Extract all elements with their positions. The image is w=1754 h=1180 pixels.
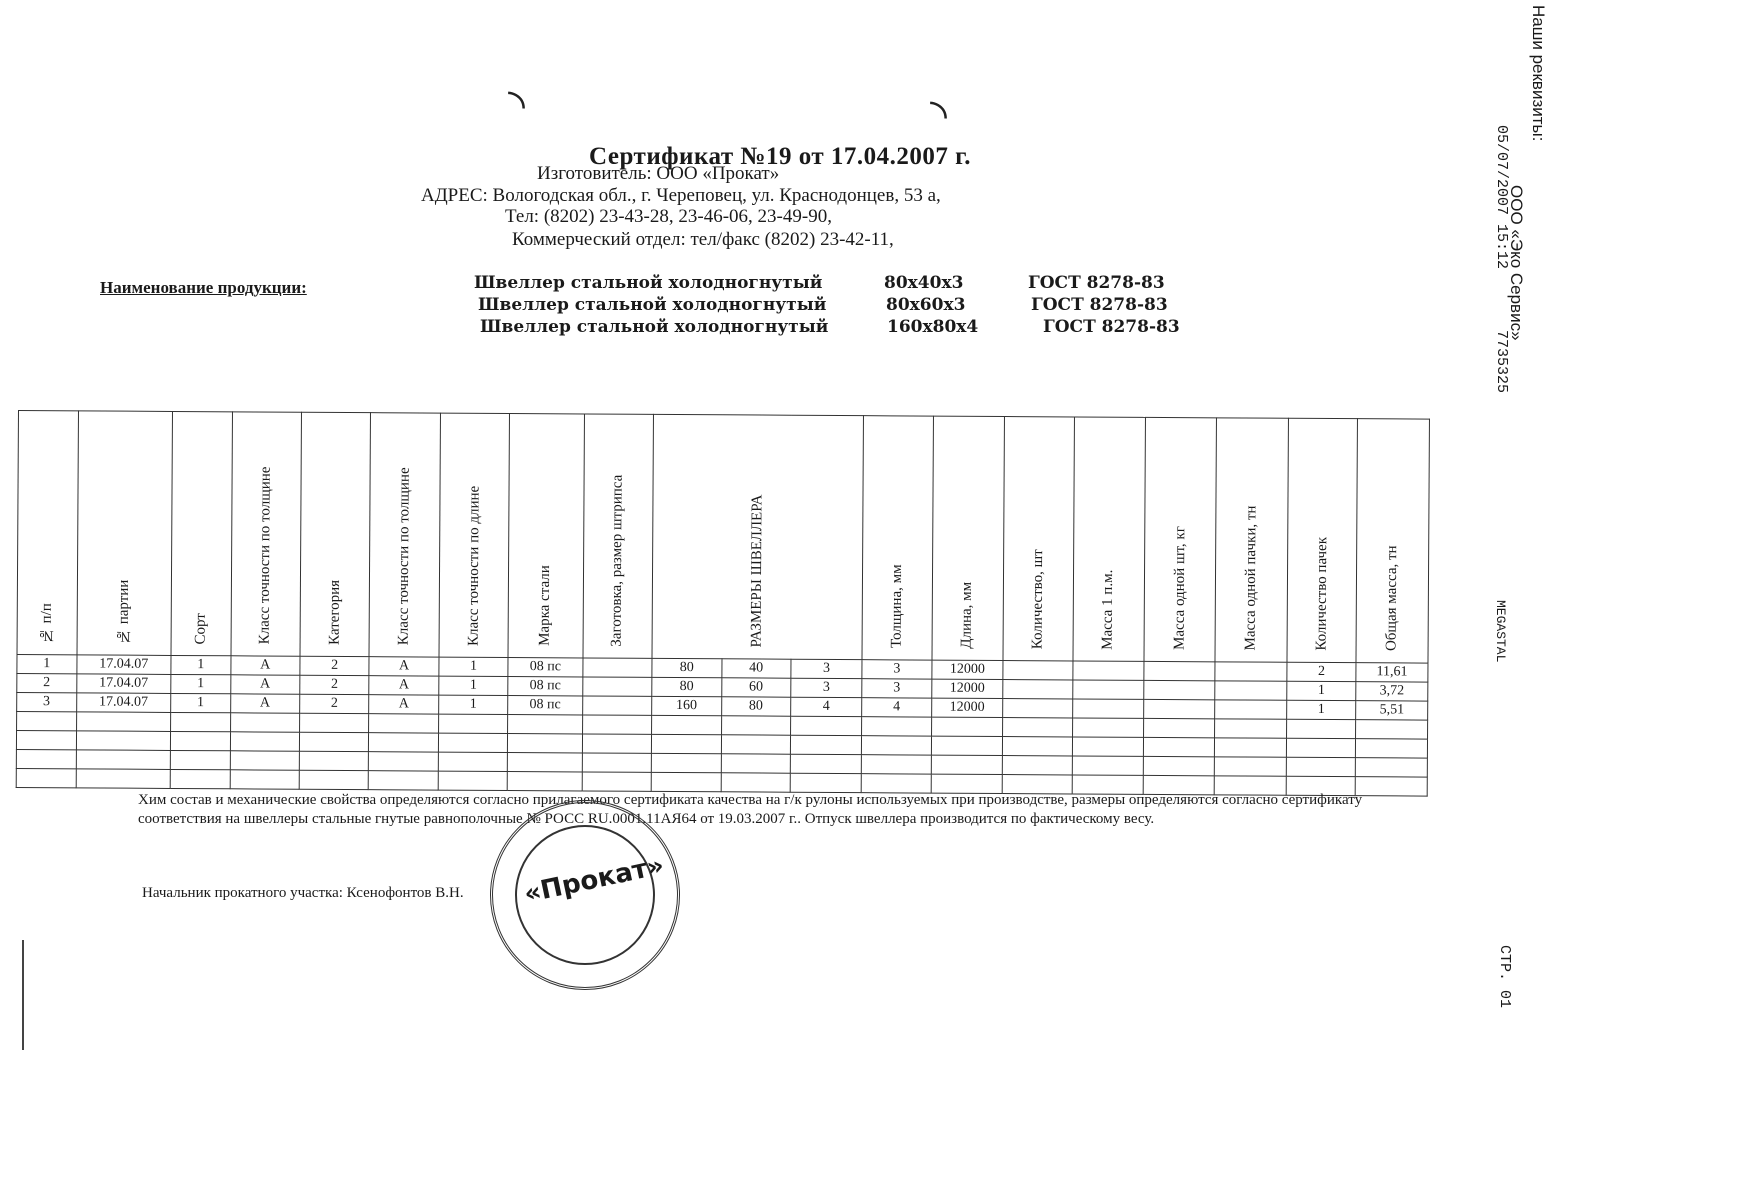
cell-d3: 3 — [791, 659, 862, 678]
cell-thick: 4 — [862, 698, 932, 717]
cell-blank — [582, 734, 652, 753]
cell-sort — [171, 712, 231, 731]
cell-total: 3,72 — [1356, 682, 1428, 701]
cell-d1 — [651, 772, 721, 791]
cell-d1: 80 — [652, 658, 722, 677]
cell-sort — [170, 731, 230, 750]
cell-qty — [1003, 756, 1073, 775]
cell-qty — [1003, 699, 1073, 718]
phones: Тел: (8202) 23-43-28, 23-46-06, 23-49-90… — [505, 206, 832, 228]
cell-d1 — [651, 734, 721, 753]
col-category: Категория — [300, 412, 371, 656]
cell-mpk — [1215, 700, 1287, 719]
cell-steel — [508, 752, 582, 771]
cell-num: 1 — [17, 654, 77, 673]
cell-tc2 — [369, 714, 439, 733]
col-total-mass: Общая масса, тн — [1356, 419, 1429, 663]
cell-cat — [299, 770, 369, 789]
cell-lc — [438, 714, 508, 733]
cell-cat — [299, 751, 369, 770]
cell-mpk — [1215, 681, 1287, 700]
col-num: № п/п — [17, 411, 78, 655]
col-sort: Сорт — [171, 411, 232, 655]
cell-d3 — [790, 716, 861, 735]
cell-d3 — [790, 773, 861, 792]
cell-num — [16, 768, 76, 787]
fax-datetime: 05/07/2007 15:12 — [1493, 125, 1510, 269]
cell-tc — [230, 713, 300, 732]
cell-batch: 17.04.07 — [76, 693, 171, 713]
cell-total: 11,61 — [1356, 663, 1428, 682]
cell-mp — [1144, 680, 1216, 699]
page-edge-line — [22, 940, 24, 1050]
company-stamp: «Прокат» — [490, 800, 680, 990]
cell-d1 — [651, 753, 721, 772]
product-name: Швеллер стальной холодногнутый — [480, 317, 828, 337]
cell-sort — [170, 769, 230, 788]
col-batch: № партии — [77, 411, 173, 656]
cell-blank — [582, 715, 652, 734]
col-mass-piece: Масса одной шт, кг — [1144, 417, 1217, 661]
cell-packs: 1 — [1286, 700, 1356, 719]
cell-mp — [1143, 737, 1215, 756]
cell-tc2 — [369, 733, 439, 752]
col-blank: Заготовка, размер штрипса — [583, 414, 654, 658]
cell-mp — [1144, 699, 1216, 718]
cell-mm — [1072, 737, 1144, 756]
cell-len: 12000 — [931, 698, 1003, 717]
cell-mm — [1072, 756, 1144, 775]
fax-number: 7735325 — [1493, 330, 1510, 393]
cell-batch — [76, 712, 171, 732]
cell-tc2: А — [369, 676, 439, 695]
col-length: Длина, мм — [932, 416, 1005, 660]
product-size: 80х40х3 — [884, 273, 963, 293]
cell-lc — [438, 752, 508, 771]
cell-mpk — [1215, 738, 1287, 757]
cell-len: 12000 — [931, 679, 1003, 698]
cell-d3: 4 — [791, 697, 862, 716]
cell-total — [1356, 739, 1428, 758]
products-label: Наименование продукции: — [100, 278, 307, 298]
col-packs: Количество пачек — [1287, 418, 1358, 662]
cell-d2 — [721, 754, 791, 773]
product-name: Швеллер стальной холодногнутый — [478, 295, 826, 315]
cell-lc — [438, 771, 508, 790]
cell-thick — [862, 736, 932, 755]
cell-thick: 3 — [862, 679, 932, 698]
cell-num: 2 — [17, 673, 77, 692]
cell-tc2: А — [369, 695, 439, 714]
cell-tc — [230, 751, 300, 770]
col-quantity: Количество, шт — [1003, 417, 1074, 661]
cell-thick: 3 — [862, 660, 932, 679]
col-thickness: Толщина, мм — [862, 416, 933, 660]
product-gost: ГОСТ 8278-83 — [1028, 273, 1165, 293]
cell-blank — [582, 696, 652, 715]
cell-packs — [1286, 757, 1356, 776]
signer: Начальник прокатного участка: Ксенофонто… — [142, 885, 464, 902]
cell-tc: А — [230, 694, 300, 713]
cell-mm — [1073, 661, 1145, 680]
address: АДРЕС: Вологодская обл., г. Череповец, у… — [421, 185, 941, 207]
cell-mpk — [1215, 757, 1287, 776]
cell-total: 5,51 — [1356, 701, 1428, 720]
cell-num — [16, 749, 76, 768]
cell-packs — [1286, 738, 1356, 757]
punch-hole-icon: ◝ — [508, 80, 525, 131]
col-length-class: Класс точности по длине — [439, 413, 510, 657]
cell-d1: 80 — [652, 677, 722, 696]
cell-tc2: А — [369, 657, 439, 676]
cell-steel — [508, 733, 582, 752]
cell-thick — [861, 755, 931, 774]
cell-mm — [1072, 680, 1144, 699]
cell-d3: 3 — [791, 678, 862, 697]
manufacturer: Изготовитель: ООО «Прокат» — [537, 163, 779, 185]
cell-steel: 08 пс — [508, 676, 582, 695]
cell-cat: 2 — [300, 675, 370, 694]
cell-lc: 1 — [439, 657, 509, 676]
cell-steel — [507, 771, 581, 790]
col-thickness-class-2: Класс точности по толщине — [369, 413, 440, 657]
product-gost: ГОСТ 8278-83 — [1043, 317, 1180, 337]
commercial-department: Коммерческий отдел: тел/факс (8202) 23-4… — [512, 229, 894, 251]
cell-mp — [1144, 661, 1216, 680]
cell-cat: 2 — [300, 694, 370, 713]
col-thickness-class: Класс точности по толщине — [231, 412, 302, 656]
cell-qty — [1003, 718, 1073, 737]
cell-mp — [1143, 756, 1215, 775]
cell-total — [1356, 758, 1428, 777]
cell-d2 — [721, 735, 791, 754]
cell-len — [931, 736, 1003, 755]
cell-cat — [299, 732, 369, 751]
cell-d1: 160 — [652, 696, 722, 715]
col-dimensions: РАЗМЕРЫ ШВЕЛЛЕРА — [652, 414, 864, 659]
cell-tc — [230, 770, 300, 789]
cell-blank — [582, 677, 652, 696]
cell-cat — [300, 713, 370, 732]
cell-steel: 08 пс — [508, 695, 582, 714]
properties-note: Хим состав и механические свойства опред… — [138, 791, 1398, 829]
cell-qty — [1003, 661, 1073, 680]
cell-lc: 1 — [438, 695, 508, 714]
cell-len — [931, 717, 1003, 736]
cell-blank — [582, 772, 652, 791]
cell-batch: 17.04.07 — [76, 655, 171, 675]
cell-steel — [508, 714, 582, 733]
fax-requisites: Наши реквизиты: — [1528, 5, 1548, 141]
cell-cat: 2 — [300, 656, 370, 675]
cell-total — [1356, 720, 1428, 739]
col-steel: Марка стали — [508, 414, 584, 658]
cell-num: 3 — [17, 692, 77, 711]
cell-num — [16, 730, 76, 749]
cell-sort: 1 — [171, 693, 231, 712]
cell-qty — [1003, 737, 1073, 756]
cell-qty — [1003, 680, 1073, 699]
cell-batch: 17.04.07 — [76, 674, 171, 694]
cell-thick — [862, 717, 932, 736]
cell-mm — [1072, 699, 1144, 718]
cell-tc: А — [230, 656, 300, 675]
product-size: 80х60х3 — [886, 295, 965, 315]
cell-packs — [1286, 719, 1356, 738]
cell-tc2 — [369, 771, 439, 790]
cell-d3 — [790, 735, 861, 754]
cell-d2: 60 — [721, 678, 791, 697]
cell-mm — [1072, 718, 1144, 737]
cell-tc: А — [230, 675, 300, 694]
cell-d2 — [721, 716, 791, 735]
cell-tc — [230, 732, 300, 751]
table-header-row: № п/п № партии Сорт Класс точности по то… — [17, 411, 1429, 664]
cell-sort: 1 — [171, 674, 231, 693]
cell-d2 — [721, 773, 791, 792]
punch-hole-icon: ◝ — [930, 90, 947, 141]
cell-mpk — [1215, 662, 1287, 681]
product-gost: ГОСТ 8278-83 — [1031, 295, 1168, 315]
cell-batch — [76, 731, 171, 751]
col-mass-pack: Масса одной пачки, тн — [1215, 418, 1288, 662]
cell-mpk — [1215, 719, 1287, 738]
cell-sort — [170, 750, 230, 769]
cell-sort: 1 — [171, 655, 231, 674]
cell-d3 — [790, 754, 861, 773]
cell-batch — [76, 750, 171, 770]
cell-len — [931, 755, 1003, 774]
certificate-table: № п/п № партии Сорт Класс точности по то… — [16, 410, 1430, 797]
cell-len: 12000 — [931, 660, 1003, 679]
cell-d2: 80 — [721, 697, 791, 716]
cell-blank — [582, 753, 652, 772]
product-name: Швеллер стальной холодногнутый — [474, 273, 822, 293]
cell-mp — [1144, 718, 1216, 737]
cell-d2: 40 — [721, 659, 791, 678]
cell-lc: 1 — [439, 676, 509, 695]
cell-packs: 2 — [1287, 662, 1357, 681]
cell-blank — [583, 658, 653, 677]
fax-device: MEGASTAL — [1493, 600, 1508, 662]
cell-lc — [438, 733, 508, 752]
cell-packs: 1 — [1287, 681, 1357, 700]
cell-steel: 08 пс — [508, 657, 582, 676]
cell-batch — [76, 769, 171, 789]
col-mass-per-meter: Масса 1 п.м. — [1073, 417, 1146, 661]
cell-tc2 — [369, 752, 439, 771]
cell-num — [17, 711, 77, 730]
product-size: 160х80х4 — [887, 317, 978, 337]
cell-d1 — [652, 715, 722, 734]
fax-page: СТР. 01 — [1496, 945, 1513, 1008]
